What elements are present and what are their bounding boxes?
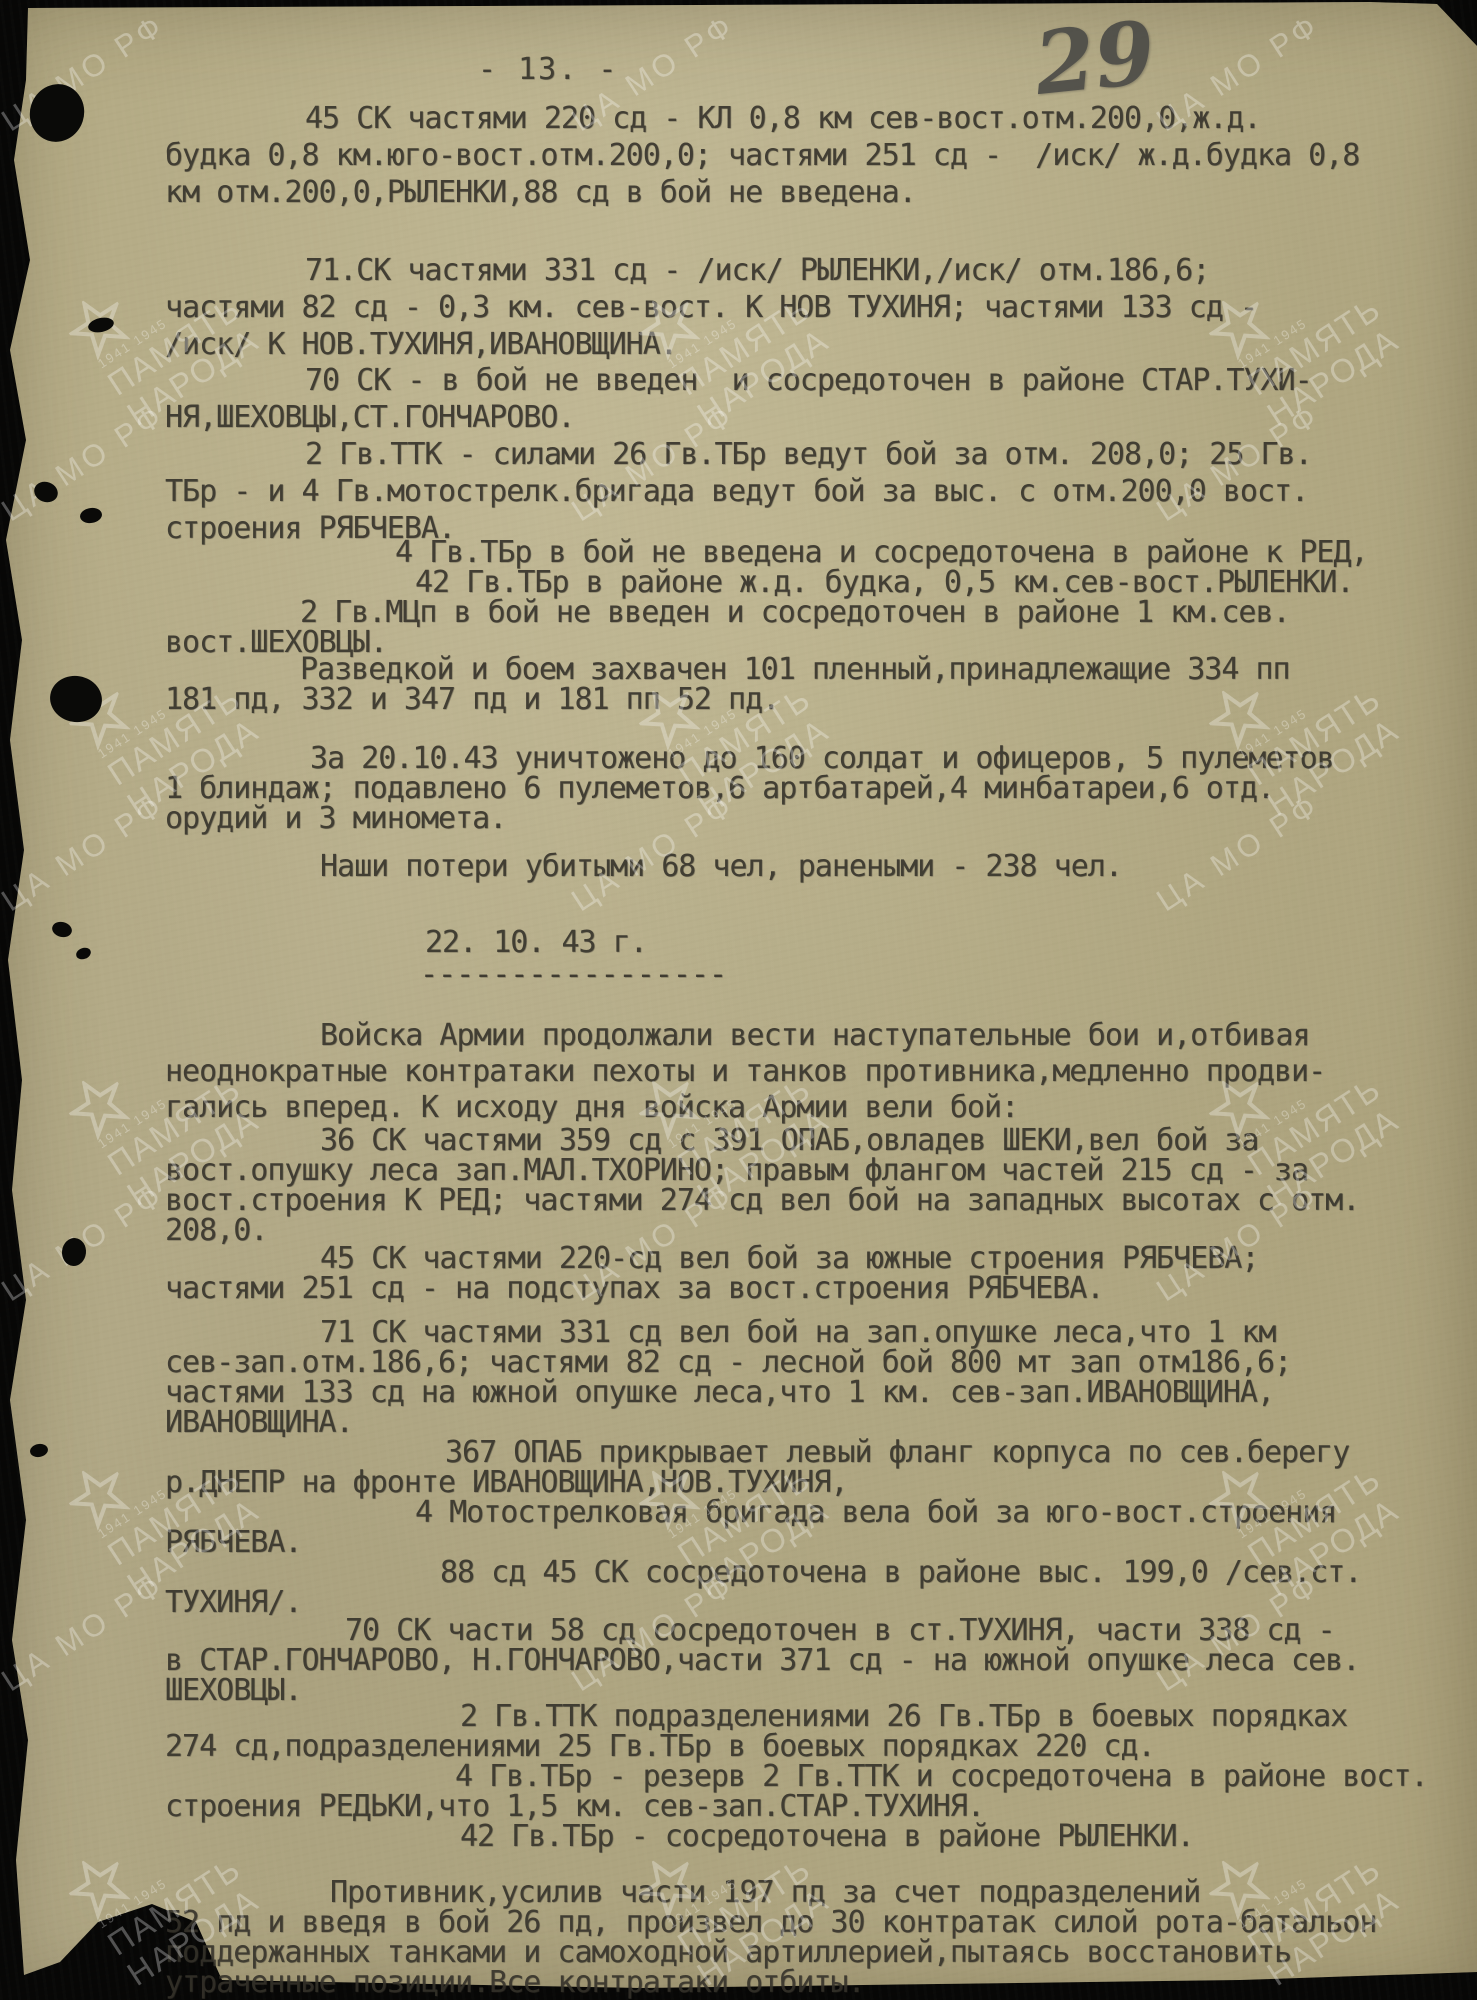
text-line: утраченные позиции.Все контратаки отбиты… xyxy=(0,1968,1477,1998)
text-line: 45 СК частями 220 сд - КЛ 0,8 км сев-вос… xyxy=(0,100,1477,137)
text-line: 36 СК частями 359 сд с 391 ОПАБ,овладев … xyxy=(0,1126,1477,1156)
typewritten-text: - 13. - ----------------- 45 СК частями … xyxy=(0,0,1477,2000)
text-line: в СТАР.ГОНЧАРОВО, Н.ГОНЧАРОВО,части 371 … xyxy=(0,1646,1477,1676)
text-line: 42 Гв.ТБр - сосредоточена в районе РЫЛЕН… xyxy=(0,1822,1477,1852)
text-line: 274 сд,подразделениями 25 Гв.ТБр в боевы… xyxy=(0,1732,1477,1762)
text-line: вост.опушку леса зап.МАЛ.ТХОРИНО; правым… xyxy=(0,1156,1477,1186)
text-line: РЯБЧЕВА. xyxy=(0,1528,1477,1558)
text-line: орудий и 3 миномета. xyxy=(0,804,1477,834)
text-line: поддержанных танками и самоходной артилл… xyxy=(0,1938,1477,1968)
handwritten-sheet-number: 29 xyxy=(1030,2,1160,115)
text-line: 45 СК частями 220-сд вел бой за южные ст… xyxy=(0,1244,1477,1274)
text-line: строения РЕДЬКИ,что 1,5 км. сев-зап.СТАР… xyxy=(0,1792,1477,1822)
paragraph-block: 367 ОПАБ прикрывает левый фланг корпуса … xyxy=(0,1438,1477,1618)
text-line: 42 Гв.ТБр в районе ж.д. будка, 0,5 км.се… xyxy=(0,568,1477,598)
text-line: ИВАНОВЩИНА. xyxy=(0,1408,1477,1438)
paragraph-block: 71.СК частями 331 сд - /иск/ РЫЛЕНКИ,/ис… xyxy=(0,252,1477,363)
text-line: сев-зап.отм.186,6; частями 82 сд - лесно… xyxy=(0,1348,1477,1378)
text-line: 2 Гв.МЦп в бой не введен и сосредоточен … xyxy=(0,598,1477,628)
paragraph-block: 4 Гв.ТБр - резерв 2 Гв.ТТК и сосредоточе… xyxy=(0,1762,1477,1852)
text-line: км отм.200,0,РЫЛЕНКИ,88 сд в бой не введ… xyxy=(0,174,1477,211)
text-line: 71 СК частями 331 сд вел бой на зап.опуш… xyxy=(0,1318,1477,1348)
text-line: 88 сд 45 СК сосредоточена в районе выс. … xyxy=(0,1558,1477,1588)
page-number: - 13. - xyxy=(478,52,618,87)
text-line: Противник,усилив части 197 пд за счет по… xyxy=(0,1878,1477,1908)
paragraph-block: 70 СК - в бой не введен и сосредоточен в… xyxy=(0,362,1477,436)
text-line: частями 133 сд на южной опушке леса,что … xyxy=(0,1378,1477,1408)
text-line: Войска Армии продолжали вести наступател… xyxy=(0,1018,1477,1054)
text-line: 70 СК части 58 сд сосредоточен в ст.ТУХИ… xyxy=(0,1616,1477,1646)
text-line: 22. 10. 43 г. xyxy=(0,928,1477,958)
paragraph-block: 2 Гв.ТТК - силами 26 Гв.ТБр ведут бой за… xyxy=(0,436,1477,547)
paragraph-block: 45 СК частями 220-сд вел бой за южные ст… xyxy=(0,1244,1477,1304)
text-line: 1 блиндаж; подавлено 6 пулеметов,6 артба… xyxy=(0,774,1477,804)
paragraph-block: 71 СК частями 331 сд вел бой на зап.опуш… xyxy=(0,1318,1477,1438)
text-line: 4 Мотострелковая бригада вела бой за юго… xyxy=(0,1498,1477,1528)
text-line: неоднократные контратаки пехоты и танков… xyxy=(0,1054,1477,1090)
text-line: Наши потери убитыми 68 чел, ранеными - 2… xyxy=(0,852,1477,882)
dashed-rule: ----------------- xyxy=(420,957,727,992)
paragraph-block: Разведкой и боем захвачен 101 пленный,пр… xyxy=(0,655,1477,715)
text-line: 181 пд, 332 и 347 пд и 181 пп 52 пд. xyxy=(0,685,1477,715)
text-line: р.ДНЕПР на фронте ИВАНОВЩИНА,НОВ.ТУХИНЯ, xyxy=(0,1468,1477,1498)
paragraph-block: Войска Армии продолжали вести наступател… xyxy=(0,1018,1477,1126)
text-line: частями 251 сд - на подступах за вост.ст… xyxy=(0,1274,1477,1304)
text-line: 70 СК - в бой не введен и сосредоточен в… xyxy=(0,362,1477,399)
text-line: /иск/ К НОВ.ТУХИНЯ,ИВАНОВЩИНА. xyxy=(0,326,1477,363)
text-line: 367 ОПАБ прикрывает левый фланг корпуса … xyxy=(0,1438,1477,1468)
text-line: будка 0,8 км.юго-вост.отм.200,0; частями… xyxy=(0,137,1477,174)
paragraph-block: Наши потери убитыми 68 чел, ранеными - 2… xyxy=(0,852,1477,882)
paragraph-block: 45 СК частями 220 сд - КЛ 0,8 км сев-вос… xyxy=(0,100,1477,211)
paragraph-block: 2 Гв.ТТК подразделениями 26 Гв.ТБр в бое… xyxy=(0,1702,1477,1762)
text-line: ТБр - и 4 Гв.мотострелк.бригада ведут бо… xyxy=(0,473,1477,510)
paragraph-block: 36 СК частями 359 сд с 391 ОПАБ,овладев … xyxy=(0,1126,1477,1246)
text-line: гались вперед. К исходу дня войска Армии… xyxy=(0,1090,1477,1126)
paragraph-block: 22. 10. 43 г. xyxy=(0,928,1477,958)
scanned-document-page: { "watermarks": { "archive_label": "ЦА М… xyxy=(0,0,1477,2000)
paragraph-block: 70 СК части 58 сд сосредоточен в ст.ТУХИ… xyxy=(0,1616,1477,1706)
text-line: НЯ,ШЕХОВЦЫ,СТ.ГОНЧАРОВО. xyxy=(0,399,1477,436)
paragraph-block: За 20.10.43 уничтожено до 160 солдат и о… xyxy=(0,744,1477,834)
text-line: вост.строения К РЕД; частями 274 сд вел … xyxy=(0,1186,1477,1216)
text-line: 4 Гв.ТБр - резерв 2 Гв.ТТК и сосредоточе… xyxy=(0,1762,1477,1792)
text-line: 2 Гв.ТТК - силами 26 Гв.ТБр ведут бой за… xyxy=(0,436,1477,473)
text-line: частями 82 сд - 0,3 км. сев-вост. К НОВ … xyxy=(0,289,1477,326)
paragraph-block: Противник,усилив части 197 пд за счет по… xyxy=(0,1878,1477,1998)
text-line: 4 Гв.ТБр в бой не введена и сосредоточен… xyxy=(0,538,1477,568)
paragraph-block: 4 Гв.ТБр в бой не введена и сосредоточен… xyxy=(0,538,1477,658)
text-line: Разведкой и боем захвачен 101 пленный,пр… xyxy=(0,655,1477,685)
text-line: 2 Гв.ТТК подразделениями 26 Гв.ТБр в бое… xyxy=(0,1702,1477,1732)
text-line: За 20.10.43 уничтожено до 160 солдат и о… xyxy=(0,744,1477,774)
text-line: 71.СК частями 331 сд - /иск/ РЫЛЕНКИ,/ис… xyxy=(0,252,1477,289)
text-line: 52 пд и введя в бой 26 пд, произвел до 3… xyxy=(0,1908,1477,1938)
